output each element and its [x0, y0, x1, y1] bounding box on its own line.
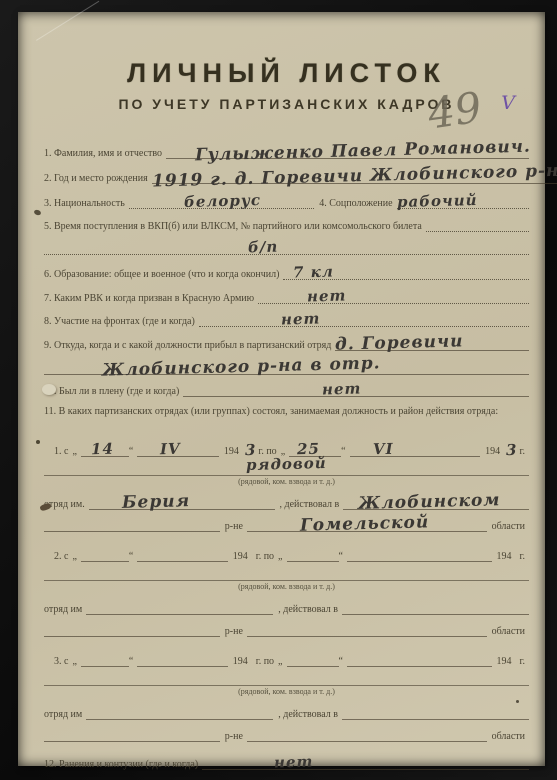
service-3-from-month-line	[137, 652, 227, 667]
field-party-label: 5. Время поступления в ВКП(б) или ВЛКСМ,…	[44, 221, 426, 232]
field-origin: 9. Откуда, когда и с какой должности при…	[44, 327, 529, 351]
service-2-g-po: г. по	[256, 551, 278, 562]
service-3-unit-label: отряд им	[44, 709, 86, 720]
service-3-acted-line	[342, 705, 529, 720]
field-education-label: 6. Образование: общее и военное (что и к…	[44, 269, 283, 280]
service-2-from-month-line	[137, 547, 227, 562]
service-2-acted-label: , действовал в	[273, 604, 342, 615]
field-birth-label: 2. Год и место рождения	[44, 173, 152, 184]
service-3-rne-label: р-не	[220, 731, 247, 742]
service-2-unit: отряд им , действовал в	[44, 591, 529, 615]
service-1-region-value: Гомельской	[299, 512, 429, 535]
field-party: 5. Время поступления в ВКП(б) или ВЛКСМ,…	[44, 209, 529, 232]
field-social-line: рабочий	[397, 194, 529, 209]
field-rvk: 7. Каким РВК и когда призван в Красную А…	[44, 280, 529, 304]
service-1-region: р-не Гомельской области	[44, 510, 529, 532]
field-fronts-line: нет	[199, 312, 529, 327]
field-wounds: 12. Ранения и контузии (где и когда) нет	[44, 746, 529, 770]
service-3-close-quote: “	[129, 656, 137, 667]
paper-speck	[33, 209, 41, 216]
field-nationality-label: 3. Национальность	[44, 198, 129, 209]
service-1-dates: 1. с „ 14 “ IV 194 3 г. по „ 25 “ VI 194…	[44, 435, 529, 457]
service-2-oblast-label: области	[487, 626, 529, 637]
service-3-role-line	[44, 667, 529, 686]
field-fronts-value: нет	[281, 309, 321, 328]
field-fronts-label: 8. Участие на фронтах (где и когда)	[44, 316, 199, 327]
service-1-role-caption: (рядовой, ком. взвода и т. д.)	[44, 477, 529, 486]
paper-speck	[36, 440, 40, 444]
service-3-year-prefix-to: 194	[492, 656, 516, 667]
service-2-num: 2. с	[44, 551, 72, 562]
field-rvk-label: 7. Каким РВК и когда призван в Красную А…	[44, 293, 258, 304]
service-1-g: г.	[520, 446, 529, 457]
service-3-oblast-label: области	[487, 731, 529, 742]
service-3-g: г.	[520, 656, 529, 667]
service-section-3: 3. с „ “ 194 г. по „ “ 194 г. (рядовой, …	[44, 645, 529, 742]
field-rvk-value: нет	[307, 286, 347, 305]
service-2-open-quote: „	[72, 551, 80, 562]
field-party-value: б/п	[247, 238, 278, 257]
field-rvk-line: нет	[258, 289, 529, 304]
paper-blemish	[42, 384, 56, 395]
service-3-open-quote-2: „	[278, 656, 286, 667]
service-2-close-quote-2: “	[339, 551, 347, 562]
field-captivity-value: нет	[321, 379, 361, 398]
service-3-g-po: г. по	[256, 656, 278, 667]
service-1-from-day-line: 14	[81, 442, 129, 457]
service-3-role-caption: (рядовой, ком. взвода и т. д.)	[44, 687, 529, 696]
field-party-continued: б/п	[44, 232, 529, 255]
field-birth-line: 1919 г. д. Горевичи Жлобинского р-на	[152, 169, 557, 184]
service-1-acted-line: Жлобинском	[343, 495, 529, 510]
service-1-from-month-line: IV	[137, 442, 219, 457]
service-3-acted-label: , действовал в	[273, 709, 342, 720]
service-2-from-day-line	[81, 547, 129, 562]
service-2-to-day-line	[287, 547, 339, 562]
field-surname: 1. Фамилия, имя и отчество Гулыженко Пав…	[44, 134, 529, 159]
service-1-role-value: рядовой	[246, 454, 327, 474]
field-education: 6. Образование: общее и военное (что и к…	[44, 255, 529, 280]
service-3-region-lead-line	[44, 727, 220, 742]
service-3-to-month-line	[347, 652, 492, 667]
service-2-region-line	[247, 622, 487, 637]
field-wounds-label: 12. Ранения и контузии (где и когда)	[44, 759, 202, 770]
field-captivity-line: нет	[183, 382, 529, 397]
service-1-region-line: Гомельской	[247, 517, 487, 532]
service-2-year-prefix-to: 194	[492, 551, 516, 562]
service-2-close-quote: “	[129, 551, 137, 562]
field-surname-label: 1. Фамилия, имя и отчество	[44, 148, 166, 159]
service-2-to-month-line	[347, 547, 492, 562]
service-2-g: г.	[520, 551, 529, 562]
service-2-dates: 2. с „ “ 194 г. по „ “ 194 г.	[44, 540, 529, 562]
form-body: 1. Фамилия, имя и отчество Гулыженко Пав…	[44, 134, 529, 770]
service-2-role-line	[44, 562, 529, 581]
service-2-open-quote-2: „	[278, 551, 286, 562]
document-page: ЛИЧНЫЙ ЛИСТОК ПО УЧЕТУ ПАРТИЗАНСКИХ КАДР…	[18, 12, 545, 766]
service-3-open-quote: „	[72, 656, 80, 667]
service-2-region-lead-line	[44, 622, 220, 637]
service-1-role-line: рядовой	[44, 457, 529, 476]
service-3-unit-line	[86, 705, 273, 720]
paper-speck	[516, 700, 519, 703]
service-1-year-prefix-to: 194	[480, 446, 504, 457]
service-3-close-quote-2: “	[339, 656, 347, 667]
field-nationality-line: белорус	[129, 194, 314, 209]
field-origin-line: д. Горевичи	[335, 336, 529, 351]
field-education-value: 7 кл	[293, 262, 334, 281]
ink-check-mark: V	[501, 92, 515, 114]
service-section-1: 1. с „ 14 “ IV 194 3 г. по „ 25 “ VI 194…	[44, 435, 529, 532]
field-surname-line: Гулыженко Павел Романович.	[166, 144, 529, 159]
field-origin-value-1: д. Горевичи	[335, 331, 464, 354]
service-1-unit-line: Берия	[89, 495, 275, 510]
service-3-region-line	[247, 727, 487, 742]
service-1-region-lead-line	[44, 517, 220, 532]
service-1-acted-place: Жлобинском	[358, 490, 501, 514]
service-1-num: 1. с	[44, 446, 72, 457]
service-3-num: 3. с	[44, 656, 72, 667]
document-header: ЛИЧНЫЙ ЛИСТОК ПО УЧЕТУ ПАРТИЗАНСКИХ КАДР…	[44, 58, 529, 112]
field-units-heading: 11. В каких партизанских отрядах (или гр…	[44, 405, 529, 435]
service-1-close-quote-2: “	[341, 446, 349, 457]
field-origin-label: 9. Откуда, когда и с какой должности при…	[44, 340, 335, 351]
service-1-from-month: IV	[160, 440, 181, 459]
field-social-label: 4. Соцположение	[314, 198, 396, 209]
field-origin-line-2: Жлобинского р-на в отр.	[44, 360, 529, 375]
field-fronts: 8. Участие на фронтах (где и когда) нет	[44, 304, 529, 327]
field-origin-continued: Жлобинского р-на в отр.	[44, 351, 529, 375]
service-1-year-prefix-from: 194	[219, 446, 243, 457]
service-1-to-month-line: VI	[350, 442, 480, 457]
field-party-line-short	[426, 217, 529, 232]
service-2-unit-label: отряд им	[44, 604, 86, 615]
service-1-unit-name: Берия	[122, 491, 191, 513]
service-2-unit-line	[86, 600, 273, 615]
service-2-role-caption: (рядовой, ком. взвода и т. д.)	[44, 582, 529, 591]
service-3-dates: 3. с „ “ 194 г. по „ “ 194 г.	[44, 645, 529, 667]
service-1-from-day: 14	[91, 440, 114, 459]
service-1-to-month: VI	[373, 440, 394, 459]
pencil-page-number: 49	[424, 83, 484, 139]
service-2-year-prefix-from: 194	[228, 551, 252, 562]
service-1-unit: отряд им. Берия , действовал в Жлобинско…	[44, 486, 529, 510]
field-nationality-value: белорус	[184, 191, 261, 211]
service-section-2: 2. с „ “ 194 г. по „ “ 194 г. (рядовой, …	[44, 540, 529, 637]
field-units-label: 11. В каких партизанских отрядах (или гр…	[44, 405, 498, 418]
service-2-acted-line	[342, 600, 529, 615]
service-3-year-prefix-from: 194	[228, 656, 252, 667]
service-2-region: р-не области	[44, 615, 529, 637]
service-3-unit: отряд им , действовал в	[44, 696, 529, 720]
service-3-region: р-не области	[44, 720, 529, 742]
service-1-rne-label: р-не	[220, 521, 247, 532]
service-1-acted-label: , действовал в	[275, 499, 344, 510]
service-1-open-quote: „	[72, 446, 80, 457]
field-social-value: рабочий	[396, 191, 477, 211]
service-1-oblast-label: области	[487, 521, 529, 532]
field-education-line: 7 кл	[283, 265, 529, 280]
field-wounds-line: нет	[202, 755, 529, 770]
document-title: ЛИЧНЫЙ ЛИСТОК	[44, 58, 529, 89]
service-2-rne-label: р-не	[220, 626, 247, 637]
service-3-from-day-line	[81, 652, 129, 667]
field-wounds-value: нет	[274, 752, 314, 771]
field-party-line: б/п	[44, 240, 529, 255]
field-captivity-label: 10. Был ли в плену (где и когда)	[44, 386, 183, 397]
service-3-to-day-line	[287, 652, 339, 667]
service-1-close-quote: “	[129, 446, 137, 457]
